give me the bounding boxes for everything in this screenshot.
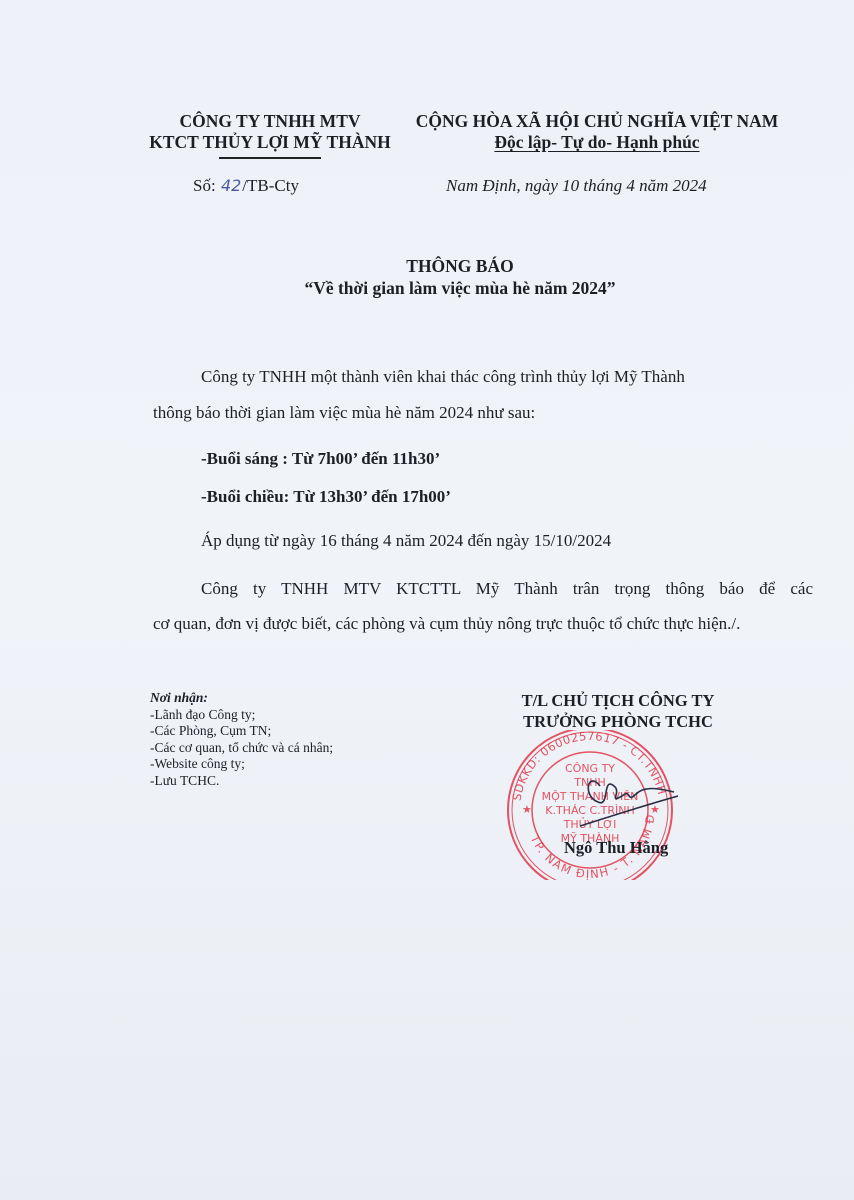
schedule-afternoon: -Buổi chiều: Từ 13h30’ đến 17h00’	[201, 487, 451, 507]
doc-number-prefix: Số:	[193, 176, 216, 195]
closing-rest: cơ quan, đơn vị được biết, các phòng và …	[153, 614, 740, 633]
signer-name: Ngô Thu Hằng	[564, 838, 668, 858]
svg-text:★: ★	[522, 803, 532, 816]
doc-number-suffix: /TB-Cty	[242, 176, 299, 195]
schedule-morning: -Buổi sáng : Từ 7h00’ đến 11h30’	[201, 449, 440, 469]
recipient-item: -Các cơ quan, tổ chức và cá nhân;	[150, 740, 333, 757]
recipient-item: -Website công ty;	[150, 756, 333, 773]
recipient-item: -Lưu TCHC.	[150, 773, 333, 790]
title-main: THÔNG BÁO	[200, 255, 720, 277]
national-header: CỘNG HÒA XÃ HỘI CHỦ NGHĨA VIỆT NAM Độc l…	[392, 111, 802, 153]
organization-header: CÔNG TY TNHH MTV KTCT THỦY LỢI MỸ THÀNH	[120, 111, 420, 159]
intro-line2: thông báo thời gian làm việc mùa hè năm …	[153, 403, 813, 423]
org-divider	[219, 157, 321, 159]
document-title: THÔNG BÁO “Về thời gian làm việc mùa hè …	[200, 255, 720, 299]
recipients-block: Nơi nhận: -Lãnh đạo Công ty; -Các Phòng,…	[150, 690, 333, 789]
document-number: Số: 42/TB-Cty	[193, 176, 299, 196]
svg-text:K.THÁC C.TRÌNH: K.THÁC C.TRÌNH	[545, 804, 635, 817]
org-name-line2: KTCT THỦY LỢI MỸ THÀNH	[120, 132, 420, 153]
intro-line1: Công ty TNHH một thành viên khai thác cô…	[153, 367, 813, 387]
signature-title-line2: TRƯỞNG PHÒNG TCHC	[488, 711, 748, 732]
closing-first-line: Công ty TNHH MTV KTCTTL Mỹ Thành trân tr…	[153, 571, 813, 606]
title-subtitle: “Về thời gian làm việc mùa hè năm 2024”	[200, 277, 720, 299]
signature-block: T/L CHỦ TỊCH CÔNG TY TRƯỞNG PHÒNG TCHC	[488, 690, 748, 732]
recipient-item: -Các Phòng, Cụm TN;	[150, 723, 333, 740]
apply-period: Áp dụng từ ngày 16 tháng 4 năm 2024 đến …	[201, 531, 611, 551]
nation-name: CỘNG HÒA XÃ HỘI CHỦ NGHĨA VIỆT NAM	[392, 111, 802, 132]
signature-title-line1: T/L CHỦ TỊCH CÔNG TY	[488, 690, 748, 711]
doc-number-handwritten: 42	[221, 176, 241, 195]
org-name-line1: CÔNG TY TNHH MTV	[120, 111, 420, 132]
recipient-item: -Lãnh đạo Công ty;	[150, 707, 333, 724]
place-date: Nam Định, ngày 10 tháng 4 năm 2024	[446, 176, 707, 196]
closing-paragraph: Công ty TNHH MTV KTCTTL Mỹ Thành trân tr…	[153, 571, 813, 641]
nation-motto: Độc lập- Tự do- Hạnh phúc	[392, 132, 802, 153]
svg-text:CÔNG TY: CÔNG TY	[565, 762, 615, 775]
svg-text:THỦY LỢI: THỦY LỢI	[563, 817, 617, 831]
document-page: CÔNG TY TNHH MTV KTCT THỦY LỢI MỸ THÀNH …	[0, 0, 854, 1200]
svg-text:★: ★	[650, 803, 660, 816]
recipients-label: Nơi nhận:	[150, 690, 333, 707]
